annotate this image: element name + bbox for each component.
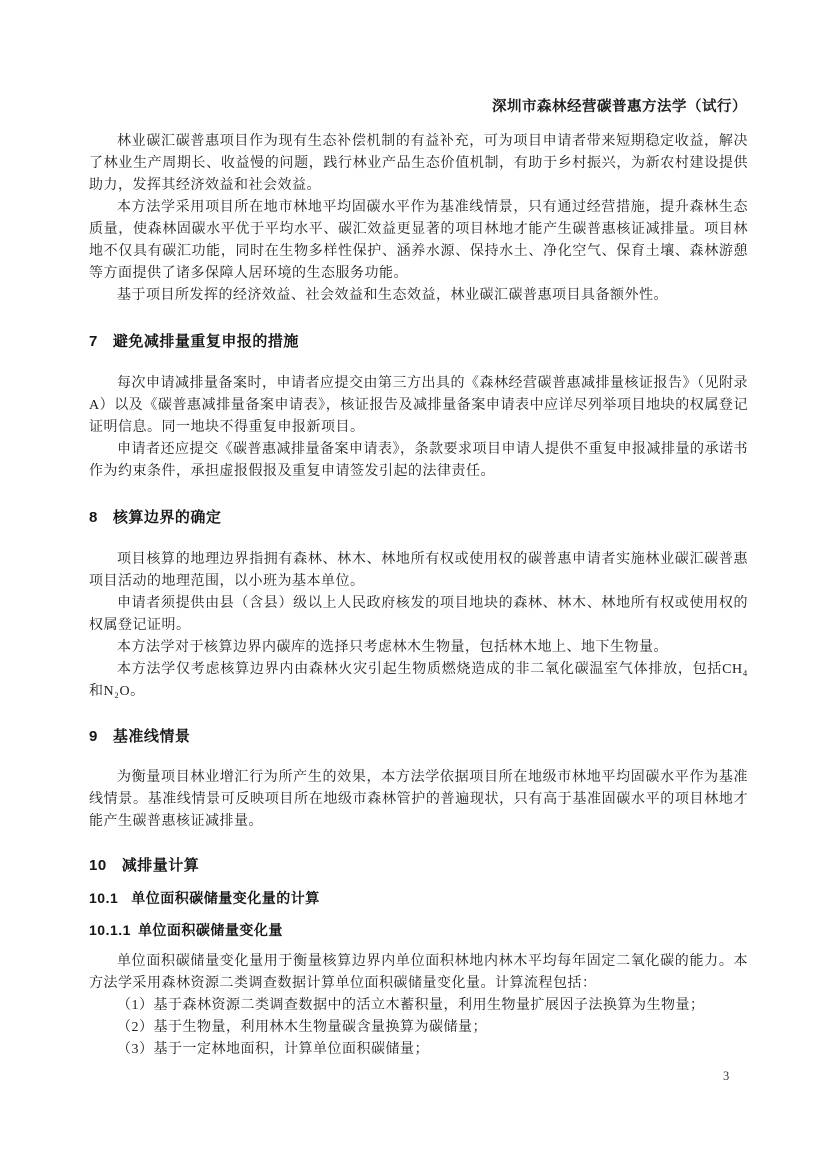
section-number-10-1-1: 10.1.1 [89,918,131,942]
section-heading-10: 10减排量计算 [89,854,748,878]
section-8-paragraph-3: 本方法学对于核算边界内碳库的选择只考虑林木生物量，包括林木地上、地下生物量。 [89,637,748,659]
section-8-paragraph-2: 申请者须提供由县（含县）级以上人民政府核发的项目地块的森林、林木、林地所有权或使… [89,593,748,637]
calculation-step-3: （3）基于一定林地面积，计算单位面积碳储量； [89,1039,748,1061]
page-number: 3 [723,1069,729,1084]
section-7-paragraph-2: 申请者还应提交《碳普惠减排量备案申请表》，条款要求项目申请人提供不重复申报减排量… [89,439,748,483]
section-10-1-1-paragraph-1: 单位面积碳储量变化量用于衡量核算边界内单位面积林地内林木平均每年固定二氧化碳的能… [89,951,748,995]
section-title-8: 核算边界的确定 [113,509,222,526]
section-9-paragraph-1: 为衡量项目林业增汇行为所产生的效果，本方法学依据项目所在地级市林地平均固碳水平作… [89,767,748,833]
document-page: 深圳市森林经营碳普惠方法学（试行） 林业碳汇碳普惠项目作为现有生态补偿机制的有益… [0,0,826,1169]
section-number-9: 9 [89,725,98,749]
intro-paragraph-1: 林业碳汇碳普惠项目作为现有生态补偿机制的有益补充，可为项目申请者带来短期稳定收益… [89,131,748,197]
section-heading-8: 8核算边界的确定 [89,506,748,530]
section-8-paragraph-4: 本方法学仅考虑核算边界内由森林火灾引起生物质燃烧造成的非二氧化碳温室气体排放，包… [89,659,748,703]
section-number-7: 7 [89,330,98,354]
section-heading-7: 7避免减排量重复申报的措施 [89,330,748,354]
section-heading-10-1: 10.1单位面积碳储量变化量的计算 [89,886,748,910]
section-title-9: 基准线情景 [113,728,191,745]
section-title-10: 减排量计算 [122,857,200,874]
calculation-step-2: （2）基于生物量，利用林木生物量碳含量换算为碳储量； [89,1017,748,1039]
section-title-10-1: 单位面积碳储量变化量的计算 [131,890,320,906]
section-number-10: 10 [89,854,107,878]
document-body: 林业碳汇碳普惠项目作为现有生态补偿机制的有益补充，可为项目申请者带来短期稳定收益… [89,131,748,1061]
document-header-title: 深圳市森林经营碳普惠方法学（试行） [492,95,747,116]
section-title-10-1-1: 单位面积碳储量变化量 [138,922,283,938]
section-8-paragraph-1: 项目核算的地理边界指拥有森林、林木、林地所有权或使用权的碳普惠申请者实施林业碳汇… [89,549,748,593]
section-title-7: 避免减排量重复申报的措施 [113,333,299,350]
intro-paragraph-2: 本方法学采用项目所在地市林地平均固碳水平作为基准线情景，只有通过经营措施，提升森… [89,197,748,285]
intro-paragraph-3: 基于项目所发挥的经济效益、社会效益和生态效益，林业碳汇碳普惠项目具备额外性。 [89,285,748,307]
section-number-10-1: 10.1 [89,886,118,910]
calculation-step-1: （1）基于森林资源二类调查数据中的活立木蓄积量，利用生物量扩展因子法换算为生物量… [89,995,748,1017]
section-heading-10-1-1: 10.1.1单位面积碳储量变化量 [89,918,748,942]
section-number-8: 8 [89,506,98,530]
section-7-paragraph-1: 每次申请减排量备案时，申请者应提交由第三方出具的《森林经营碳普惠减排量核证报告》… [89,373,748,439]
section-heading-9: 9基准线情景 [89,725,748,749]
